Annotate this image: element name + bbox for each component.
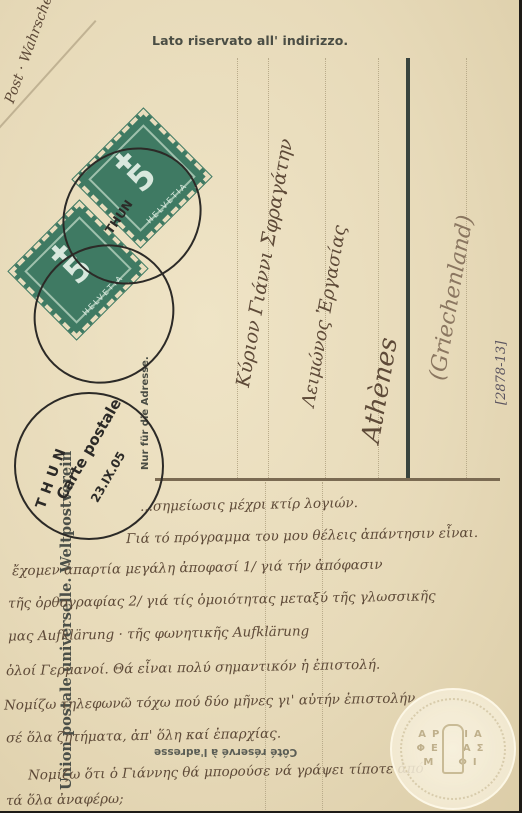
message-line: ...σημείωσις μέχρι κτίρ λογιών. [140,495,358,515]
message-line: Νομίζω ὅτι ὁ Γιάννης θά μπορούσε νά γράψ… [28,761,424,784]
message-line: σέ ὅλα ζητήματα, ἀπ' ὅλη καί ἐπαρχίας. [6,726,281,747]
seal-figure-icon [442,724,464,774]
postcard: Lato riservato all' indirizzo. Union pos… [0,0,519,811]
address-guideline [237,58,238,478]
address-line-1: Κύριον Γιάννι Σφραγάτην [232,137,297,389]
corner-handwritten-note: Post · Wahrscheinlich [2,0,69,105]
address-divider-rule [406,58,410,478]
message-line: τά ὅλα ἀναφέρω; [6,791,124,809]
archive-seal: ΑΡ ΙΑ ΦΕ ΑΣ Μ ΦΙ [390,688,516,810]
address-side-header: Lato riservato all' indirizzo. [152,33,348,48]
message-line: Γιά τό πρόγραμμα του μου θέλεις ἀπάντησι… [126,525,478,547]
archive-number: [2878-13] [494,341,509,405]
cote-reserve-text: Côté réservé à l'adresse [154,746,297,758]
address-line-4: (Griechenland) [425,213,479,382]
message-divider-rule [155,478,500,481]
address-line-3: Athènes [356,335,404,445]
